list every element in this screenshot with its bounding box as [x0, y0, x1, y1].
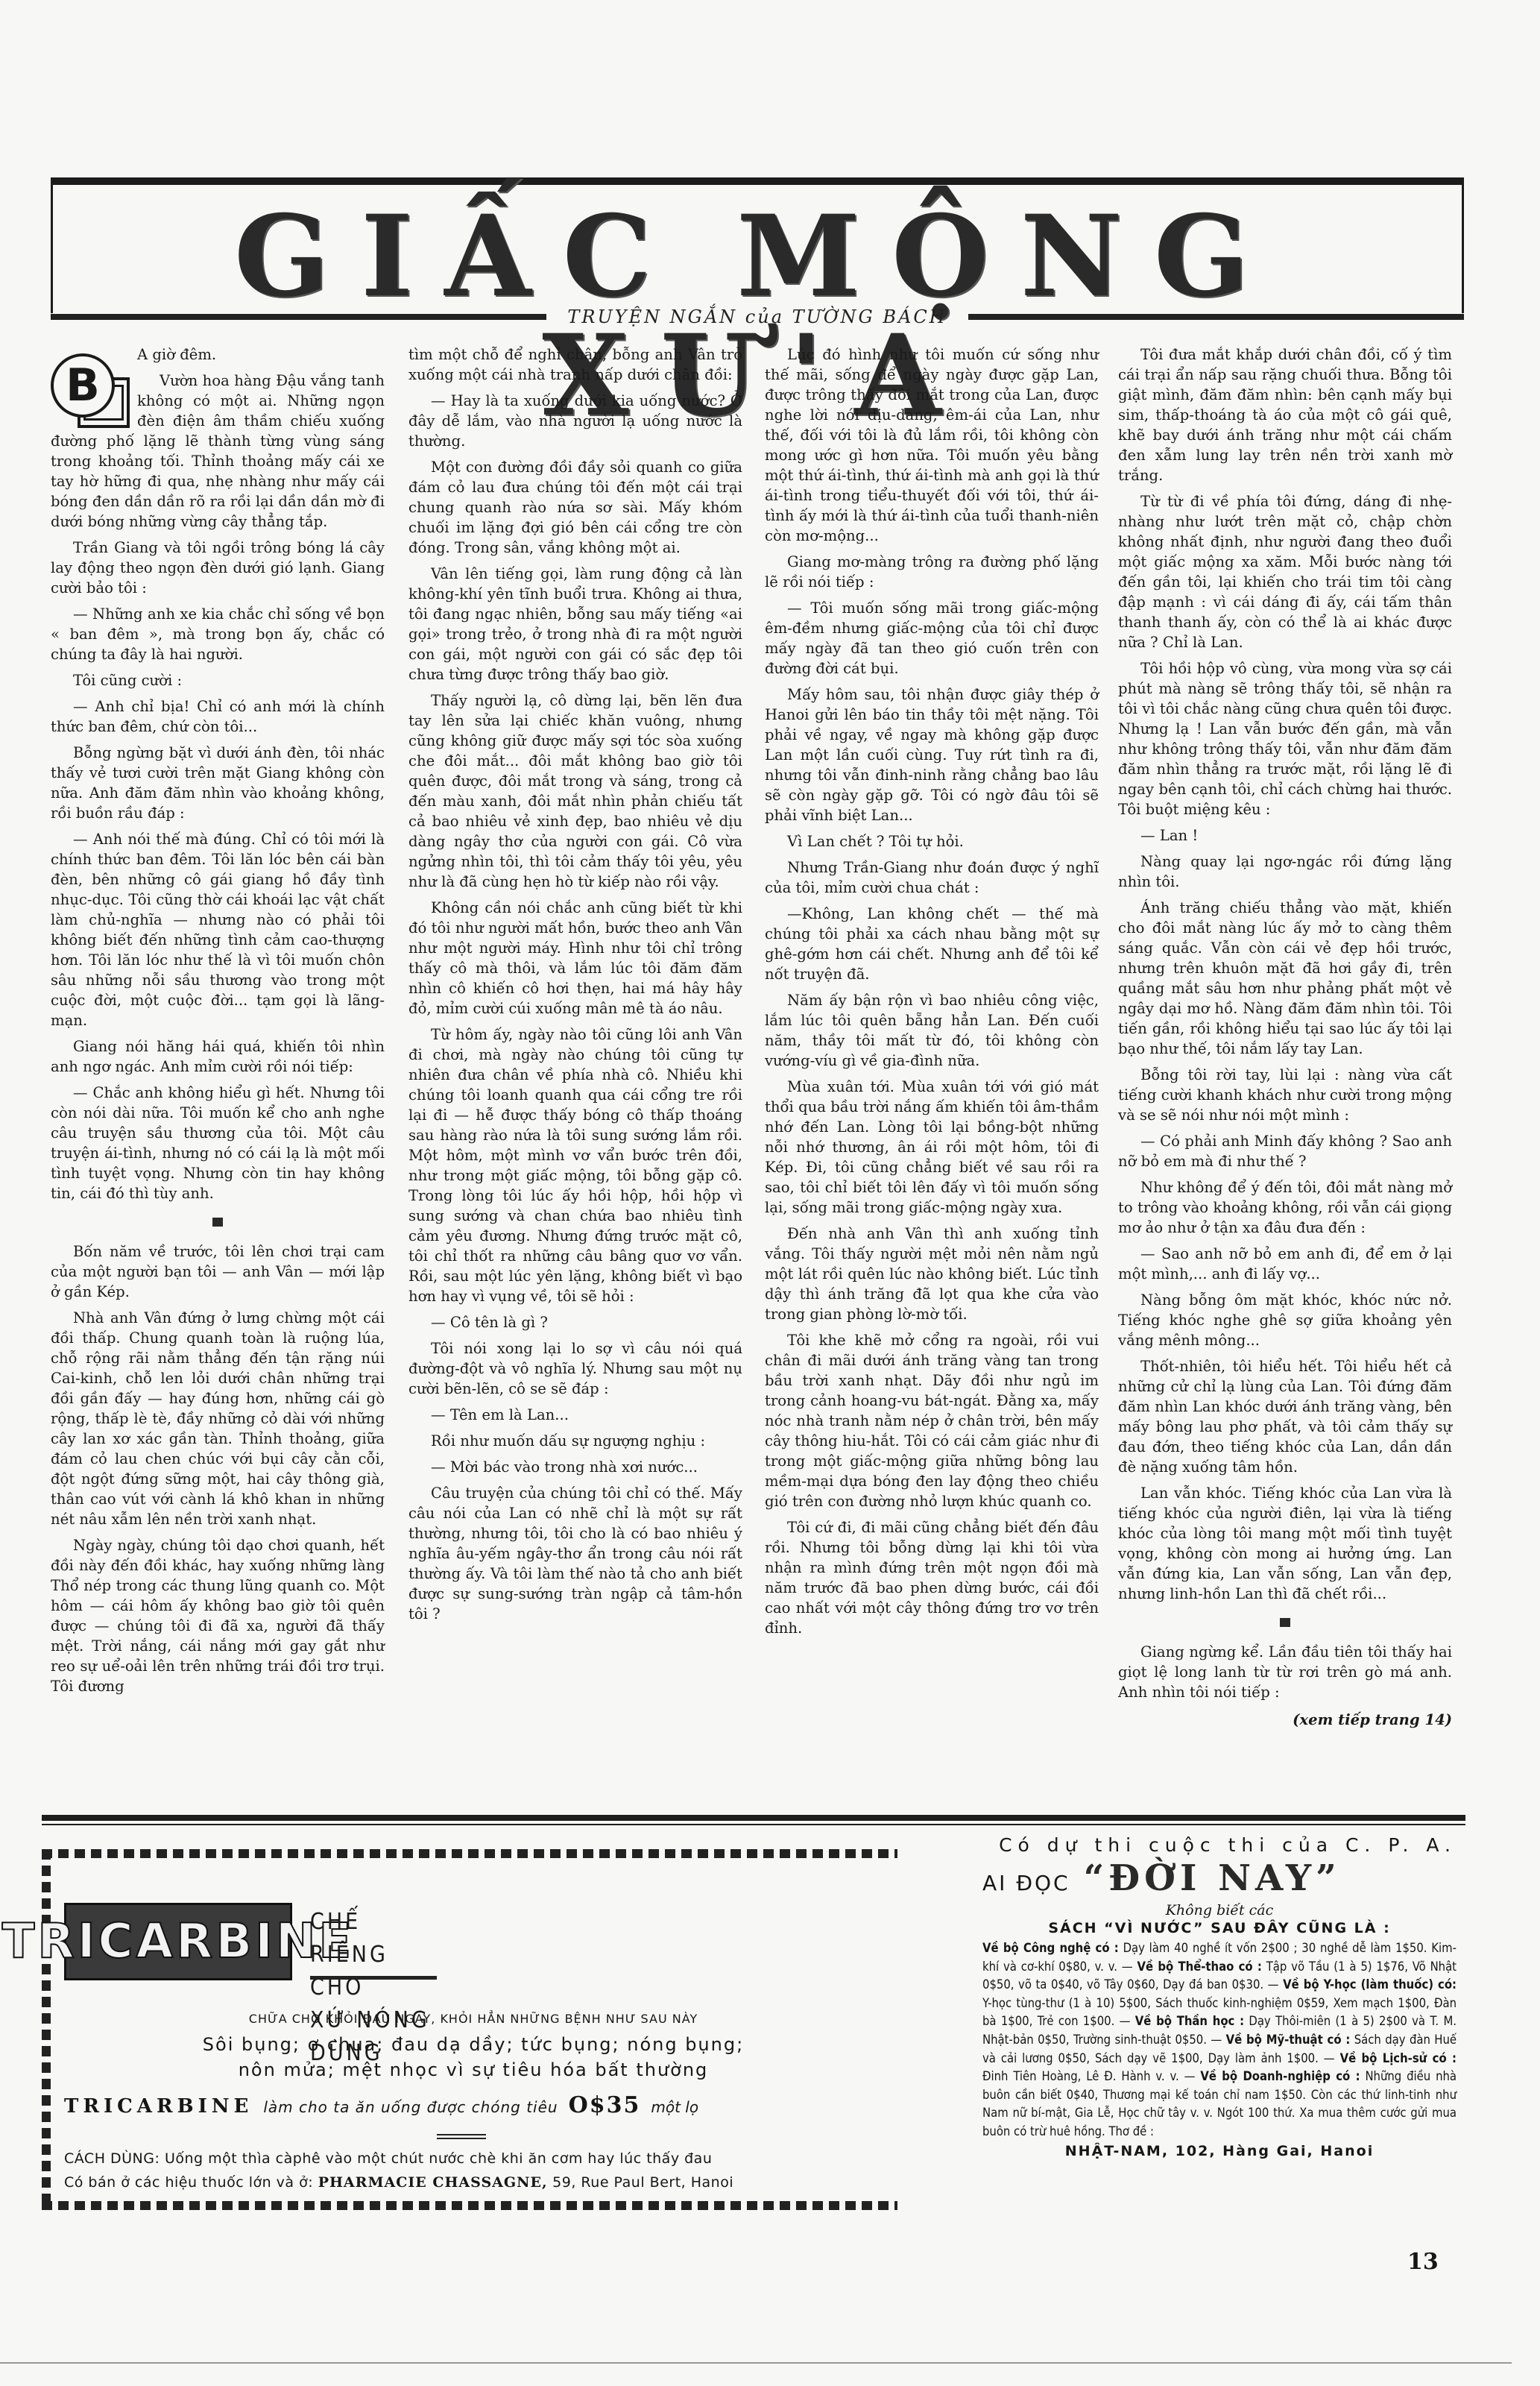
dialogue: — Tên em là Lan... — [408, 1405, 742, 1425]
section-separator-icon — [51, 1214, 385, 1234]
dialogue: — Anh nói thế mà đúng. Chỉ có tôi mới là… — [51, 829, 385, 1030]
paragraph: Thốt-nhiên, tôi hiểu hết. Tôi hiểu hết c… — [1118, 1356, 1452, 1477]
category-label: Về bộ Lịch-sử có : — [1340, 2051, 1457, 2065]
byline-row: TRUYỆN NGẮN của TƯỜNG BÁCH — [51, 306, 1464, 328]
title-word-2: MỘNG — [736, 197, 1281, 316]
paragraph: Giang mơ-màng trông ra đường phố lặng lẽ… — [765, 552, 1099, 592]
dialogue: — Tôi muốn sống mãi trong giấc-mộng êm-đ… — [765, 598, 1099, 679]
byline: TRUYỆN NGẮN của TƯỜNG BÁCH — [546, 306, 968, 327]
paragraph: Tôi nói xong lại lo sợ vì câu nói quá đư… — [408, 1338, 742, 1399]
usage-instructions: CÁCH DÙNG: Uống một thìa càphê vào một c… — [64, 2150, 890, 2167]
paragraph: Như không để ý đến tôi, đôi mắt nàng mở … — [1118, 1177, 1452, 1238]
paragraph: Giang nói hăng hái quá, khiến tôi nhìn a… — [51, 1036, 385, 1077]
point-of-sale: Có bán ở các hiệu thuốc lớn và ở: PHARMA… — [64, 2174, 890, 2191]
category-label: Về bộ Doanh-nghiệp có : — [1200, 2069, 1360, 2083]
category-label: Về bộ Công nghệ có : — [982, 1941, 1119, 1955]
ad-border-bottom — [42, 2201, 897, 2210]
paragraph: Nhưng Trần-Giang như đoán được ý nghĩ củ… — [765, 857, 1099, 898]
section-separator-icon — [1118, 1614, 1452, 1634]
ai-doc-label: AI ĐỌC — [982, 1871, 1070, 1895]
tricarbine-advertisement: TRICARBINE CHẾ RIÊNG CHO XỨ NÓNG DÙNG CH… — [42, 1849, 897, 2210]
continued-link[interactable]: (xem tiếp trang 14) — [1118, 1710, 1452, 1730]
page-edge — [0, 2362, 1512, 2364]
dialogue: — Chắc anh không hiểu gì hết. Nhưng tôi … — [51, 1083, 385, 1203]
doi-nay-advertisement: Có dự thi cuộc thi của C. P. A. AI ĐỌC “… — [982, 1827, 1457, 2215]
sold-prefix: Có bán ở các hiệu thuốc lớn và ở: — [64, 2174, 313, 2191]
paragraph: Một con đường đồi đầy sỏi quanh co giữa … — [408, 457, 742, 558]
price: O$35 — [569, 2092, 641, 2118]
dialogue: —Không, Lan không chết — thế mà chúng tô… — [765, 904, 1099, 984]
paragraph: Tôi cứ đi, đi mãi cũng chẳng biết đến đâ… — [765, 1517, 1099, 1638]
section-divider-thin — [42, 1824, 1465, 1825]
title-word-1: GIẤC — [234, 197, 683, 316]
slogan-line-1: CHẾ RIÊNG CHO — [310, 1906, 438, 2004]
paragraph: tìm một chỗ để nghỉ chân, bỗng anh Vân t… — [408, 344, 742, 385]
dialogue: — Có phải anh Minh đấy không ? Sao anh n… — [1118, 1131, 1452, 1171]
paragraph: Lúc đó hình như tôi muốn cứ sống như thế… — [765, 344, 1099, 546]
byline-rule-right — [968, 314, 1464, 320]
byline-rule-left — [51, 314, 546, 320]
paragraph: Nàng bỗng ôm mặt khóc, khóc nức nở. Tiến… — [1118, 1290, 1452, 1350]
paragraph: Bỗng ngừng bặt vì dưới ánh đèn, tôi nhác… — [51, 743, 385, 823]
symptoms-line-2: nôn mửa; mệt nhọc vì sự tiêu hóa bất thư… — [42, 2059, 897, 2080]
publisher-address: NHẬT-NAM, 102, Hàng Gai, Hanoi — [982, 2143, 1457, 2159]
paragraph: Tôi đưa mắt khắp dưới chân đồi, cố ý tìm… — [1118, 344, 1452, 485]
paragraph: Vân lên tiếng gọi, làm rung động cả làn … — [408, 564, 742, 684]
dialogue: — Anh chỉ bịa! Chỉ có anh mới là chính t… — [51, 696, 385, 737]
page-number: 13 — [1407, 2249, 1439, 2275]
paragraph: Giang ngừng kể. Lần đầu tiên tôi thấy ha… — [1118, 1642, 1452, 1702]
ad-border-left — [42, 1849, 51, 2210]
category-label: Về bộ Thể-thao có : — [1137, 1960, 1262, 1974]
category-label: Về bộ Y-học (làm thuốc) có: — [1283, 1977, 1457, 1992]
price-line: TRICARBINE làm cho ta ăn uống được chóng… — [64, 2092, 890, 2118]
paragraph: Nàng quay lại ngơ-ngác rồi đứng lặng nhì… — [1118, 852, 1452, 892]
dialogue: — Sao anh nỡ bỏ em anh đi, để em ở lại m… — [1118, 1244, 1452, 1284]
paragraph: Ngày ngày, chúng tôi dạo chơi quanh, hết… — [51, 1535, 385, 1696]
dialogue: — Những anh xe kia chắc chỉ sống về bọn … — [51, 604, 385, 664]
paragraph: Câu truyện của chúng tôi chỉ có thế. Mấy… — [408, 1483, 742, 1624]
dialogue: — Lan ! — [1118, 825, 1452, 846]
newspaper-page: GIẤCMỘNGXƯ'A TRUYỆN NGẮN của TƯỜNG BÁCH … — [0, 0, 1540, 2386]
paragraph: Bỗng tôi rời tay, lùi lại : nàng vừa cất… — [1118, 1065, 1452, 1125]
price-unit: một lọ — [651, 2098, 698, 2116]
paragraph: Từ từ đi về phía tôi đứng, dáng đi nhẹ-n… — [1118, 491, 1452, 652]
ai-doc-line: AI ĐỌC “ĐỜI NAY” — [982, 1857, 1457, 1899]
pharmacy-name: PHARMACIE CHASSAGNE, — [318, 2174, 548, 2191]
brand-name: TRICARBINE — [64, 2095, 253, 2118]
book-list: Về bộ Công nghệ có : Dạy làm 40 nghề ít … — [982, 1939, 1457, 2141]
dialogue: — Cô tên là gì ? — [408, 1312, 742, 1332]
double-rule — [437, 2134, 486, 2139]
paragraph: Trần Giang và tôi ngồi trông bóng lá cây… — [51, 538, 385, 598]
column-4: Tôi đưa mắt khắp dưới chân đồi, cố ý tìm… — [1118, 344, 1452, 1730]
dialogue: — Mời bác vào trong nhà xơi nước... — [408, 1457, 742, 1477]
paragraph: Từ hôm ấy, ngày nào tôi cũng lôi anh Vân… — [408, 1024, 742, 1306]
paragraph: Đến nhà anh Vân thì anh xuống tỉnh vắng.… — [765, 1224, 1099, 1324]
paragraph: Mấy hôm sau, tôi nhận được giây thép ở H… — [765, 684, 1099, 825]
dropcap: B — [48, 347, 130, 429]
paragraph: Năm ấy bận rộn vì bao nhiêu công việc, l… — [765, 990, 1099, 1071]
title-frame: GIẤCMỘNGXƯ'A — [51, 177, 1464, 313]
column-1: B A giờ đêm. Vườn hoa hàng Đậu vắng tanh… — [51, 344, 385, 1702]
paragraph: Tôi khe khẽ mở cổng ra ngoài, rồi vui ch… — [765, 1330, 1099, 1511]
paragraph: Vì Lan chết ? Tôi tự hỏi. — [765, 831, 1099, 852]
article-body: B A giờ đêm. Vườn hoa hàng Đậu vắng tanh… — [51, 344, 1467, 1813]
indication-heading: CHỮA CHO KHỎI ĐAU NGAY, KHỎI HẲN NHỮNG B… — [42, 2012, 897, 2026]
paragraph: Ánh trăng chiếu thẳng vào mặt, khiến cho… — [1118, 898, 1452, 1059]
paragraph: Rồi như muốn dấu sự ngượng nghịu : — [408, 1431, 742, 1451]
section-divider — [42, 1815, 1465, 1821]
paragraph: Tôi hồi hộp vô cùng, vừa mong vừa sợ cái… — [1118, 658, 1452, 819]
dropcap-letter: B — [51, 353, 115, 418]
paragraph: Không cần nói chắc anh cũng biết từ khi … — [408, 898, 742, 1019]
logo-text: TRICARBINE — [2, 1914, 354, 1969]
symptoms-line-1: Sôi bụng; ợ chua; đau dạ dầy; tức bụng; … — [42, 2034, 897, 2055]
column-3: Lúc đó hình như tôi muốn cứ sống như thế… — [765, 344, 1099, 1644]
subtitle: Không biết các — [982, 1902, 1457, 1918]
contest-line: Có dự thi cuộc thi của C. P. A. — [982, 1834, 1457, 1856]
tricarbine-logo: TRICARBINE — [64, 1903, 292, 1980]
paragraph: Nhà anh Vân đứng ở lưng chừng một cái đồ… — [51, 1308, 385, 1529]
column-2: tìm một chỗ để nghỉ chân, bỗng anh Vân t… — [408, 344, 742, 1630]
paragraph: Mùa xuân tới. Mùa xuân tới với gió mát t… — [765, 1077, 1099, 1218]
doi-nay-title: “ĐỜI NAY” — [1084, 1857, 1341, 1899]
paragraph: Thấy người lạ, cô dừng lại, bẽn lẽn đưa … — [408, 690, 742, 892]
slogan-underline — [310, 1976, 437, 1980]
category-items: Đinh Tiên Hoàng, Lê Đ. Hành v. v. — — [982, 2069, 1195, 2083]
dialogue: — Hay là ta xuống dưới kia uống nước? Ở … — [408, 391, 742, 451]
brand-claim: làm cho ta ăn uống được chóng tiêu — [263, 2098, 558, 2116]
paragraph: Tôi cũng cười : — [51, 670, 385, 690]
pharmacy-address: 59, Rue Paul Bert, Hanoi — [552, 2174, 733, 2191]
paragraph: Bốn năm về trước, tôi lên chơi trại cam … — [51, 1241, 385, 1302]
category-label: Về bộ Mỹ-thuật có : — [1226, 2033, 1351, 2047]
paragraph: Lan vẫn khóc. Tiếng khóc của Lan vừa là … — [1118, 1483, 1452, 1604]
ad-border-top — [42, 1849, 897, 1858]
books-heading: SÁCH “VÌ NƯỚC” SAU ĐÂY CŨNG LÀ : — [982, 1920, 1457, 1936]
category-label: Về bộ Thần học : — [1135, 2014, 1244, 2028]
